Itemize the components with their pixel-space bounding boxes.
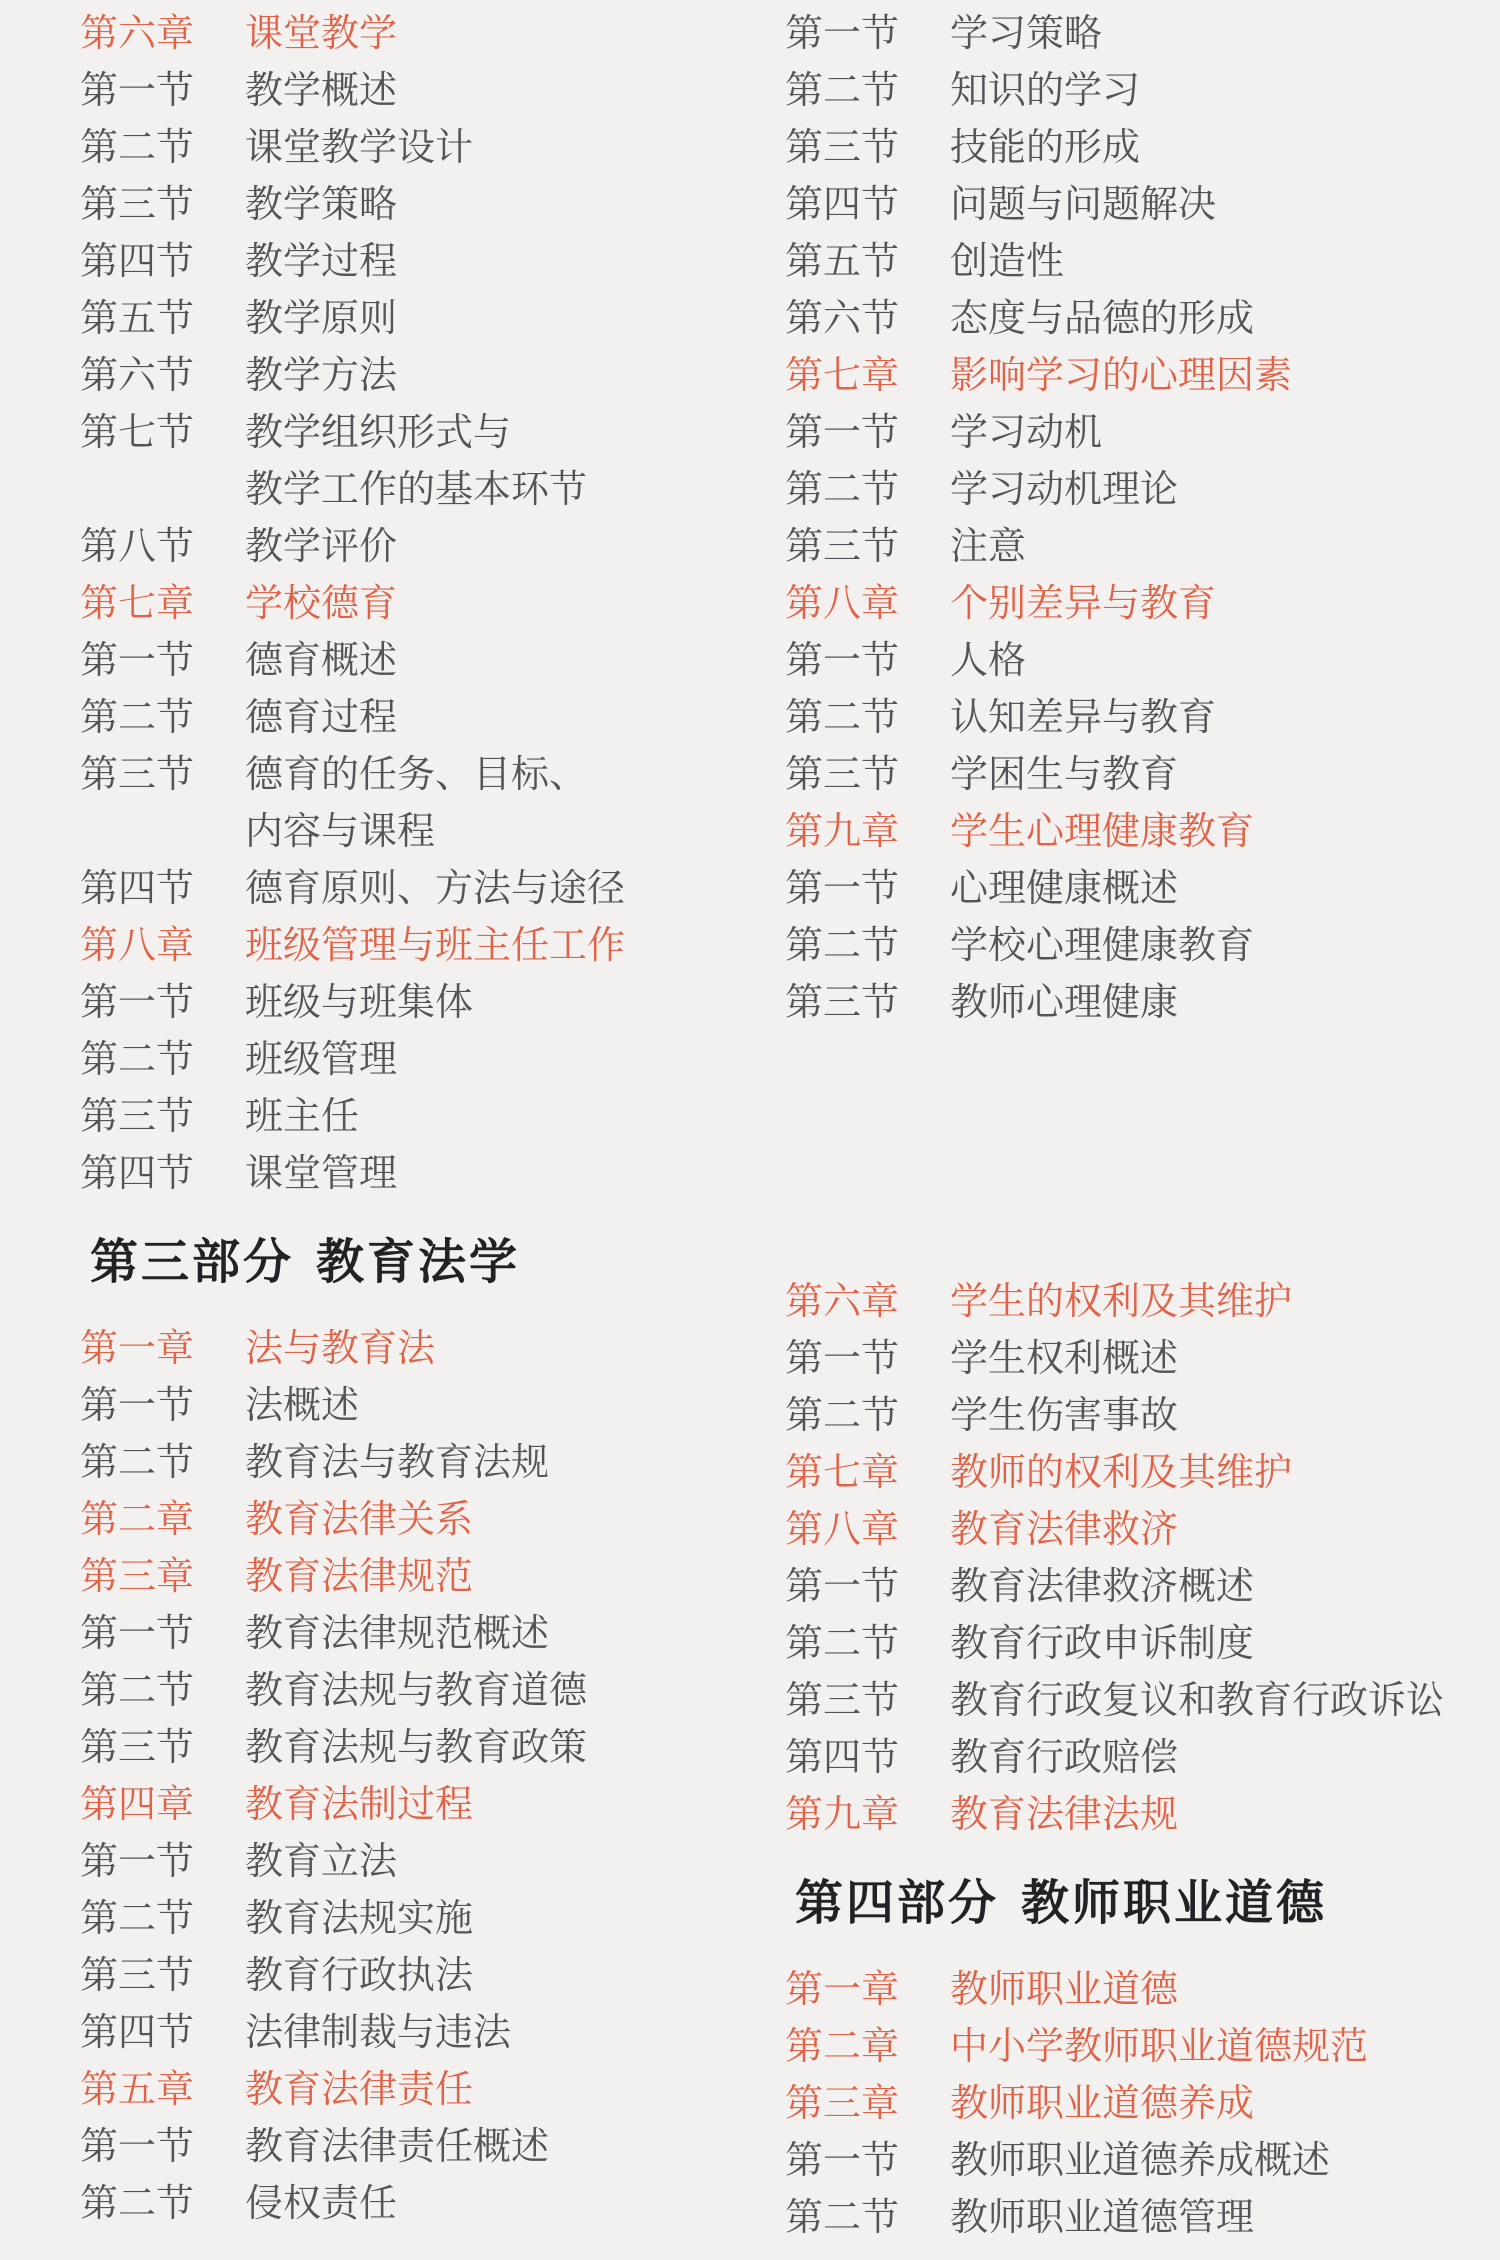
toc-row: 第三节 教育行政复议和教育行政诉讼 bbox=[785, 1673, 1490, 1730]
toc-row-title: 学生心理健康教育 bbox=[950, 804, 1490, 861]
toc-row-title: 教育法与教育法规 bbox=[245, 1435, 770, 1492]
toc-row-title: 教育行政复议和教育行政诉讼 bbox=[950, 1673, 1490, 1730]
toc-row: 第三章 教育法律规范 bbox=[80, 1549, 770, 1606]
toc-row: 第二章 教育法律关系 bbox=[80, 1492, 770, 1549]
toc-page: 第六章 课堂教学 第一节 教学概述 第二节 课堂教学设计 第三节 教学策略 第四… bbox=[0, 0, 1500, 2260]
toc-row-title: 教学策略 bbox=[245, 177, 770, 234]
toc-row-title: 注意 bbox=[950, 519, 1490, 576]
part-header-title: 教育法学 bbox=[316, 1236, 520, 1289]
toc-row-title: 课堂教学 bbox=[245, 6, 770, 63]
toc-row: 第五章 教育法律责任 bbox=[80, 2062, 770, 2119]
toc-row-title: 班级管理 bbox=[245, 1032, 770, 1089]
toc-row-number: 第四节 bbox=[785, 177, 950, 234]
toc-row-number: 第七节 bbox=[80, 405, 245, 462]
toc-row-number: 第二节 bbox=[80, 1891, 245, 1948]
toc-row-title: 教育法律责任概述 bbox=[245, 2119, 770, 2176]
toc-row-number: 第三节 bbox=[785, 975, 950, 1032]
toc-row-title: 教育法律规范 bbox=[245, 1549, 770, 1606]
toc-row-number: 第三节 bbox=[80, 1948, 245, 2005]
toc-row: 第二节 学习动机理论 bbox=[785, 462, 1490, 519]
toc-column-left: 第六章 课堂教学 第一节 教学概述 第二节 课堂教学设计 第三节 教学策略 第四… bbox=[80, 6, 770, 2233]
toc-row: 第二节 认知差异与教育 bbox=[785, 690, 1490, 747]
toc-row-number: 第一节 bbox=[785, 1331, 950, 1388]
toc-row-title: 法与教育法 bbox=[245, 1321, 770, 1378]
toc-row: 第九章 学生心理健康教育 bbox=[785, 804, 1490, 861]
toc-row-title: 人格 bbox=[950, 633, 1490, 690]
toc-row-title: 德育原则、方法与途径 bbox=[245, 861, 770, 918]
toc-row-number: 第二节 bbox=[80, 690, 245, 747]
toc-row-number: 第二节 bbox=[785, 2190, 950, 2247]
toc-row-number: 第二章 bbox=[785, 2019, 950, 2076]
toc-row: 第四节 课堂管理 bbox=[80, 1146, 770, 1203]
toc-row: 第二节 学生伤害事故 bbox=[785, 1388, 1490, 1445]
toc-row: 第三节 德育的任务、目标、 内容与课程 bbox=[80, 747, 770, 861]
toc-row-number: 第五节 bbox=[80, 291, 245, 348]
toc-row-number: 第五章 bbox=[80, 2062, 245, 2119]
toc-row-title: 班级与班集体 bbox=[245, 975, 770, 1032]
toc-row: 第一节 教师职业道德养成概述 bbox=[785, 2133, 1490, 2190]
toc-row-number: 第一节 bbox=[785, 861, 950, 918]
toc-row: 第三节 学困生与教育 bbox=[785, 747, 1490, 804]
toc-row-number: 第四节 bbox=[80, 1146, 245, 1203]
toc-row: 第四章 教育法制过程 bbox=[80, 1777, 770, 1834]
toc-row: 第三节 教学策略 bbox=[80, 177, 770, 234]
toc-row: 第四节 教学过程 bbox=[80, 234, 770, 291]
toc-row: 第二节 教育法规与教育道德 bbox=[80, 1663, 770, 1720]
toc-row-number: 第七章 bbox=[785, 1445, 950, 1502]
toc-row-number: 第一节 bbox=[80, 1834, 245, 1891]
toc-row-number: 第二节 bbox=[785, 1388, 950, 1445]
toc-row-number: 第一章 bbox=[785, 1962, 950, 2019]
toc-row: 第一节 德育概述 bbox=[80, 633, 770, 690]
toc-row-number: 第二节 bbox=[80, 1663, 245, 1720]
toc-row-title: 学校德育 bbox=[245, 576, 770, 633]
toc-row-title: 德育概述 bbox=[245, 633, 770, 690]
toc-row-title: 问题与问题解决 bbox=[950, 177, 1490, 234]
toc-row-number: 第一节 bbox=[785, 6, 950, 63]
toc-row: 第六章 学生的权利及其维护 bbox=[785, 1274, 1490, 1331]
toc-row-title: 中小学教师职业道德规范 bbox=[950, 2019, 1490, 2076]
toc-row: 第七章 影响学习的心理因素 bbox=[785, 348, 1490, 405]
toc-row: 第四节 教育行政赔偿 bbox=[785, 1730, 1490, 1787]
toc-row-title: 教育行政执法 bbox=[245, 1948, 770, 2005]
toc-row-number: 第六章 bbox=[80, 6, 245, 63]
toc-row: 第二节 知识的学习 bbox=[785, 63, 1490, 120]
toc-row-title: 教育法规与教育道德 bbox=[245, 1663, 770, 1720]
toc-row: 第三节 教育行政执法 bbox=[80, 1948, 770, 2005]
toc-row: 第一节 法概述 bbox=[80, 1378, 770, 1435]
toc-row-number: 第四节 bbox=[80, 861, 245, 918]
toc-row: 第六节 态度与品德的形成 bbox=[785, 291, 1490, 348]
toc-row-number: 第二节 bbox=[785, 462, 950, 519]
toc-row-number: 第一节 bbox=[785, 2133, 950, 2190]
toc-row-number: 第三节 bbox=[785, 120, 950, 177]
toc-row-title: 教师职业道德管理 bbox=[950, 2190, 1490, 2247]
toc-row-title: 教育法规与教育政策 bbox=[245, 1720, 770, 1777]
toc-row-number: 第二节 bbox=[785, 690, 950, 747]
toc-row: 第五节 教学原则 bbox=[80, 291, 770, 348]
toc-row: 第二节 教育法规实施 bbox=[80, 1891, 770, 1948]
toc-row-title: 教育法律规范概述 bbox=[245, 1606, 770, 1663]
toc-row-number: 第一节 bbox=[80, 1378, 245, 1435]
toc-row-title: 教学概述 bbox=[245, 63, 770, 120]
toc-row: 第一节 人格 bbox=[785, 633, 1490, 690]
toc-row-title: 课堂教学设计 bbox=[245, 120, 770, 177]
toc-row-number: 第八章 bbox=[80, 918, 245, 975]
toc-row: 第一节 教学概述 bbox=[80, 63, 770, 120]
toc-row-number: 第二节 bbox=[80, 120, 245, 177]
toc-row-title: 学生的权利及其维护 bbox=[950, 1274, 1490, 1331]
part-header-number: 第四部分 bbox=[795, 1877, 999, 1930]
toc-row-number: 第三节 bbox=[785, 1673, 950, 1730]
toc-column-right: 第一节 学习策略 第二节 知识的学习 第三节 技能的形成 第四节 问题与问题解决… bbox=[785, 6, 1490, 2247]
toc-row-title: 教育行政赔偿 bbox=[950, 1730, 1490, 1787]
toc-row-number: 第一节 bbox=[80, 975, 245, 1032]
toc-row-title: 态度与品德的形成 bbox=[950, 291, 1490, 348]
toc-row: 第八章 个别差异与教育 bbox=[785, 576, 1490, 633]
toc-row-number: 第八章 bbox=[785, 576, 950, 633]
toc-row-number: 第三节 bbox=[80, 177, 245, 234]
toc-row-number: 第一节 bbox=[80, 2119, 245, 2176]
toc-row: 第二节 教师职业道德管理 bbox=[785, 2190, 1490, 2247]
toc-row-number: 第三节 bbox=[785, 747, 950, 804]
part-header-number: 第三部分 bbox=[90, 1236, 294, 1289]
toc-row-title: 教学评价 bbox=[245, 519, 770, 576]
toc-row: 第三节 技能的形成 bbox=[785, 120, 1490, 177]
toc-row: 第八节 教学评价 bbox=[80, 519, 770, 576]
toc-row-number: 第二节 bbox=[785, 63, 950, 120]
toc-row: 第二节 班级管理 bbox=[80, 1032, 770, 1089]
toc-row-number: 第四节 bbox=[80, 2005, 245, 2062]
toc-row: 第八章 班级管理与班主任工作 bbox=[80, 918, 770, 975]
toc-row-title: 侵权责任 bbox=[245, 2176, 770, 2233]
toc-row-title: 心理健康概述 bbox=[950, 861, 1490, 918]
toc-row-number: 第八章 bbox=[785, 1502, 950, 1559]
toc-row-number: 第一节 bbox=[785, 405, 950, 462]
toc-row: 第九章 教育法律法规 bbox=[785, 1787, 1490, 1844]
toc-row-number: 第六章 bbox=[785, 1274, 950, 1331]
toc-row-number: 第二章 bbox=[80, 1492, 245, 1549]
toc-row: 第四节 法律制裁与违法 bbox=[80, 2005, 770, 2062]
toc-row-title: 课堂管理 bbox=[245, 1146, 770, 1203]
toc-row-number: 第三节 bbox=[785, 519, 950, 576]
toc-row-title: 法律制裁与违法 bbox=[245, 2005, 770, 2062]
part-header: 第三部分教育法学 bbox=[90, 1231, 770, 1295]
toc-row: 第六章 课堂教学 bbox=[80, 6, 770, 63]
toc-row-number: 第七章 bbox=[785, 348, 950, 405]
toc-row-number: 第三节 bbox=[80, 1089, 245, 1146]
toc-row: 第一节 学习策略 bbox=[785, 6, 1490, 63]
toc-row: 第三章 教师职业道德养成 bbox=[785, 2076, 1490, 2133]
toc-row-number: 第九章 bbox=[785, 1787, 950, 1844]
toc-row-number: 第四章 bbox=[80, 1777, 245, 1834]
toc-row-title: 学习动机理论 bbox=[950, 462, 1490, 519]
toc-row-title: 学困生与教育 bbox=[950, 747, 1490, 804]
toc-row: 第一章 教师职业道德 bbox=[785, 1962, 1490, 2019]
toc-row-title: 班主任 bbox=[245, 1089, 770, 1146]
toc-row: 第二节 课堂教学设计 bbox=[80, 120, 770, 177]
toc-row-title: 创造性 bbox=[950, 234, 1490, 291]
toc-row: 第四节 问题与问题解决 bbox=[785, 177, 1490, 234]
toc-row-title: 学习策略 bbox=[950, 6, 1490, 63]
toc-row-title: 技能的形成 bbox=[950, 120, 1490, 177]
toc-row-number: 第四节 bbox=[80, 234, 245, 291]
toc-row-number: 第三节 bbox=[80, 1720, 245, 1777]
toc-row-number: 第二节 bbox=[785, 918, 950, 975]
toc-row-title: 教育法规实施 bbox=[245, 1891, 770, 1948]
toc-row: 第七章 学校德育 bbox=[80, 576, 770, 633]
toc-row-number: 第六节 bbox=[785, 291, 950, 348]
toc-row-title: 教师职业道德养成概述 bbox=[950, 2133, 1490, 2190]
toc-row: 第一节 教育法律规范概述 bbox=[80, 1606, 770, 1663]
toc-row-title: 班级管理与班主任工作 bbox=[245, 918, 770, 975]
toc-row: 第五节 创造性 bbox=[785, 234, 1490, 291]
toc-row-number: 第三章 bbox=[80, 1549, 245, 1606]
toc-row: 第七节 教学组织形式与 教学工作的基本环节 bbox=[80, 405, 770, 519]
toc-row: 第二节 教育行政申诉制度 bbox=[785, 1616, 1490, 1673]
toc-row-title: 德育的任务、目标、 内容与课程 bbox=[245, 747, 770, 861]
toc-row-number: 第一章 bbox=[80, 1321, 245, 1378]
toc-row-number: 第四节 bbox=[785, 1730, 950, 1787]
toc-row-title: 教学组织形式与 教学工作的基本环节 bbox=[245, 405, 770, 519]
toc-row: 第一节 教育法律责任概述 bbox=[80, 2119, 770, 2176]
toc-row-number: 第一节 bbox=[80, 633, 245, 690]
toc-row: 第三节 教师心理健康 bbox=[785, 975, 1490, 1032]
toc-row-number: 第一节 bbox=[80, 1606, 245, 1663]
toc-row-number: 第二节 bbox=[80, 1435, 245, 1492]
toc-row: 第一节 教育法律救济概述 bbox=[785, 1559, 1490, 1616]
toc-row: 第一章 法与教育法 bbox=[80, 1321, 770, 1378]
toc-row-number: 第三章 bbox=[785, 2076, 950, 2133]
toc-row: 第二节 学校心理健康教育 bbox=[785, 918, 1490, 975]
toc-row-title: 学生权利概述 bbox=[950, 1331, 1490, 1388]
toc-row-title: 知识的学习 bbox=[950, 63, 1490, 120]
toc-row: 第八章 教育法律救济 bbox=[785, 1502, 1490, 1559]
toc-row-title: 德育过程 bbox=[245, 690, 770, 747]
toc-row-number: 第二节 bbox=[80, 1032, 245, 1089]
toc-row: 第三节 注意 bbox=[785, 519, 1490, 576]
toc-row-number: 第二节 bbox=[80, 2176, 245, 2233]
toc-row: 第一节 班级与班集体 bbox=[80, 975, 770, 1032]
toc-row-number: 第七章 bbox=[80, 576, 245, 633]
toc-row-title: 教育法律救济概述 bbox=[950, 1559, 1490, 1616]
toc-row: 第二节 德育过程 bbox=[80, 690, 770, 747]
toc-row-number: 第一节 bbox=[785, 1559, 950, 1616]
toc-row-title: 教师心理健康 bbox=[950, 975, 1490, 1032]
toc-row-title: 教师职业道德 bbox=[950, 1962, 1490, 2019]
part-header: 第四部分教师职业道德 bbox=[795, 1872, 1490, 1936]
toc-row-title: 学校心理健康教育 bbox=[950, 918, 1490, 975]
toc-row-title: 教学方法 bbox=[245, 348, 770, 405]
toc-row: 第七章 教师的权利及其维护 bbox=[785, 1445, 1490, 1502]
toc-row: 第一节 学生权利概述 bbox=[785, 1331, 1490, 1388]
toc-row: 第六节 教学方法 bbox=[80, 348, 770, 405]
toc-row-number: 第六节 bbox=[80, 348, 245, 405]
toc-row-title: 教育法律责任 bbox=[245, 2062, 770, 2119]
toc-row-title: 教育法律救济 bbox=[950, 1502, 1490, 1559]
toc-row: 第一节 教育立法 bbox=[80, 1834, 770, 1891]
toc-row-number: 第二节 bbox=[785, 1616, 950, 1673]
toc-row-number: 第一节 bbox=[785, 633, 950, 690]
toc-row-title: 教学原则 bbox=[245, 291, 770, 348]
toc-row-title: 法概述 bbox=[245, 1378, 770, 1435]
toc-row: 第二节 侵权责任 bbox=[80, 2176, 770, 2233]
toc-row-title: 教育法律法规 bbox=[950, 1787, 1490, 1844]
toc-row: 第二节 教育法与教育法规 bbox=[80, 1435, 770, 1492]
toc-row-number: 第三节 bbox=[80, 747, 245, 804]
toc-row-number: 第一节 bbox=[80, 63, 245, 120]
toc-row-title: 学习动机 bbox=[950, 405, 1490, 462]
toc-row-number: 第五节 bbox=[785, 234, 950, 291]
toc-row-title: 教育立法 bbox=[245, 1834, 770, 1891]
toc-row: 第三节 班主任 bbox=[80, 1089, 770, 1146]
toc-row-number: 第八节 bbox=[80, 519, 245, 576]
toc-row-title: 个别差异与教育 bbox=[950, 576, 1490, 633]
toc-row-title: 影响学习的心理因素 bbox=[950, 348, 1490, 405]
part-header-title: 教师职业道德 bbox=[1021, 1877, 1327, 1930]
toc-row: 第一节 学习动机 bbox=[785, 405, 1490, 462]
toc-row-number: 第九章 bbox=[785, 804, 950, 861]
toc-row-title: 学生伤害事故 bbox=[950, 1388, 1490, 1445]
toc-row-title: 教学过程 bbox=[245, 234, 770, 291]
toc-row: 第三节 教育法规与教育政策 bbox=[80, 1720, 770, 1777]
toc-row-title: 教师职业道德养成 bbox=[950, 2076, 1490, 2133]
toc-row-title: 教育行政申诉制度 bbox=[950, 1616, 1490, 1673]
toc-row-title: 教育法制过程 bbox=[245, 1777, 770, 1834]
toc-row: 第一节 心理健康概述 bbox=[785, 861, 1490, 918]
toc-row-title: 教育法律关系 bbox=[245, 1492, 770, 1549]
toc-row: 第四节 德育原则、方法与途径 bbox=[80, 861, 770, 918]
toc-row-title: 认知差异与教育 bbox=[950, 690, 1490, 747]
toc-row-title: 教师的权利及其维护 bbox=[950, 1445, 1490, 1502]
toc-row: 第二章 中小学教师职业道德规范 bbox=[785, 2019, 1490, 2076]
